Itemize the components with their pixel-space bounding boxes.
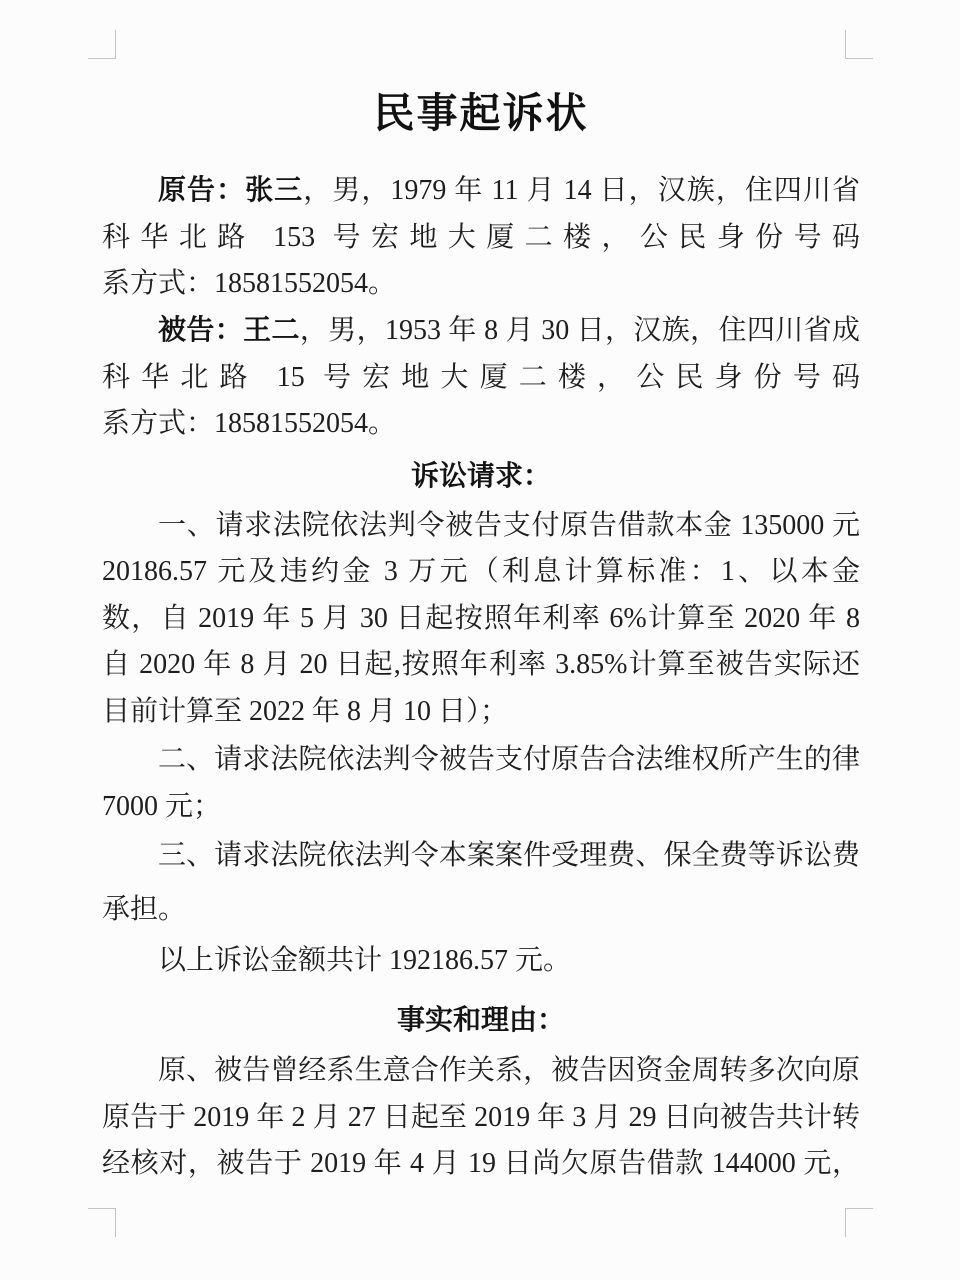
document-page: 民事起诉状 原告：张三，男，1979 年 11 月 14 日，汉族，住四川省成都… — [0, 0, 960, 1280]
facts-line-1: 原、被告曾经系生意合作关系，被告因资金周转多次向原告借款， — [102, 1050, 860, 1092]
claim3-line-1: 三、请求法院依法判令本案案件受理费、保全费等诉讼费用由被告 — [102, 835, 860, 877]
claim2-line-2: 7000 元； — [102, 786, 860, 828]
claim1-line-3: 数，自 2019 年 5 月 30 日起按照年利率 6%计算至 2020 年 8… — [102, 598, 860, 640]
facts-line-2: 原告于 2019 年 2 月 27 日起至 2019 年 3 月 29 日向被告… — [102, 1097, 860, 1139]
claim1-line-2: 20186.57 元及违约金 3 万元（利息计算标准：1、以本金 144000 … — [102, 551, 860, 593]
plaintiff-line-1: 原告：张三，男，1979 年 11 月 14 日，汉族，住四川省成都武侯区 — [102, 170, 860, 212]
defendant-label: 被告：王二 — [158, 315, 300, 346]
defendant-line-2: 科华北路 15 号宏地大厦二楼，公民身份号码 51054831349494946… — [102, 357, 860, 399]
defendant-line-3: 系方式：18581552054。 — [102, 403, 860, 445]
defendant-line-1: 被告：王二，男，1953 年 8 月 30 日，汉族，住四川省成都武侯区 — [102, 310, 860, 352]
claim3-line-2: 承担。 — [102, 889, 860, 931]
facts-line-3: 经核对，被告于 2019 年 4 月 19 日尚欠原告借款 144000 元，双… — [102, 1143, 860, 1185]
claim1-line-4: 自 2020 年 8 月 20 日起,按照年利率 3.85%计算至被告实际还清之… — [102, 644, 860, 686]
plaintiff-line-3: 系方式：18581552054。 — [102, 263, 860, 305]
total-amount-line: 以上诉讼金额共计 192186.57 元。 — [102, 940, 860, 982]
claim1-line-1: 一、请求法院依法判令被告支付原告借款本金 135000 元及利息 — [102, 505, 860, 547]
plaintiff-line-2: 科华北路 153 号宏地大厦二楼，公民身份号码 5104649464946494… — [102, 217, 860, 259]
claims-heading: 诉讼请求： — [102, 456, 860, 498]
claim2-line-1: 二、请求法院依法判令被告支付原告合法维权所产生的律师费 — [102, 739, 860, 781]
claim1-line-5: 目前计算至 2022 年 8 月 10 日）； — [102, 691, 860, 733]
plaintiff-label: 原告：张三 — [158, 175, 303, 206]
page-title: 民事起诉状 — [102, 80, 860, 139]
document-body: 民事起诉状 原告：张三，男，1979 年 11 月 14 日，汉族，住四川省成都… — [102, 0, 860, 1280]
facts-heading: 事实和理由： — [102, 1000, 860, 1042]
